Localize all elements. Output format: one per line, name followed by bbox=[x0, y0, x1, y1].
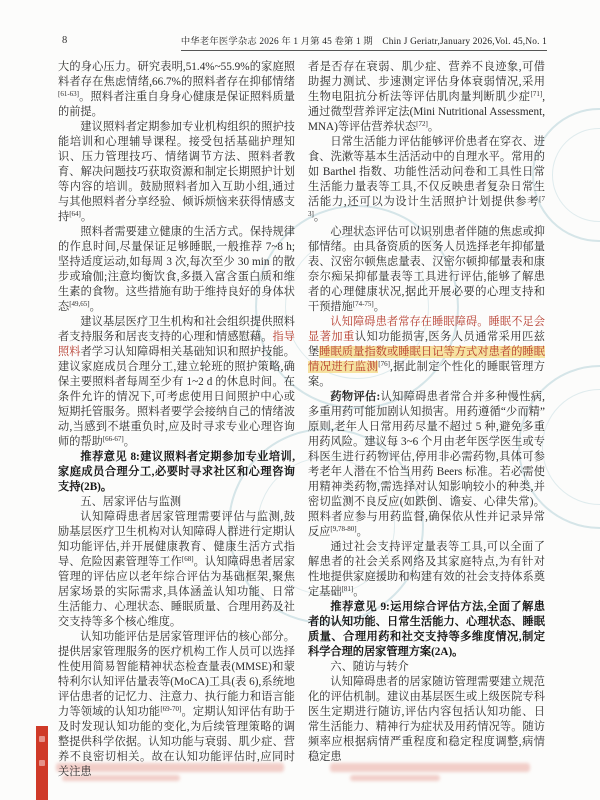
body-paragraph: 大的身心压力。研究表明,51.4%~55.9%的家庭照料者存在焦虑情绪,66.7… bbox=[58, 60, 295, 120]
body-paragraph: 认知障碍患者常存在睡眠障碍。睡眠不足会显著加重认知功能损害,医务人员通常采用匹兹… bbox=[308, 315, 545, 390]
text-segment: 心理状态评估可以识别患者伴随的焦虑或抑郁情绪。由具备资质的医务人员选择老年抑郁量… bbox=[308, 226, 545, 313]
body-paragraph: 者是否存在衰弱、肌少症、营养不良迹象,可借助握力测试、步速测定评估身体衰弱情况,… bbox=[308, 60, 545, 135]
text-segment: 照料者需要建立健康的生活方式。保持规律的作息时间,尽量保证足够睡眠,一般推荐 7… bbox=[58, 226, 295, 313]
text-segment: 药物评估: bbox=[330, 391, 380, 403]
citation-ref: [61-63] bbox=[58, 90, 79, 98]
recommendation-paragraph: 推荐意见 8:建议照料者定期参加专业培训,家庭成员合理分工,必要时寻求社区和心理… bbox=[58, 450, 295, 495]
section-heading: 五、居家评估与监测 bbox=[58, 495, 295, 510]
text-segment: 。 bbox=[428, 121, 439, 133]
body-paragraph: 通过社会支持评定量表等工具,可以全面了解患者的社会关系网络及其家庭特点,为有针对… bbox=[308, 540, 545, 600]
text-segment: 。 bbox=[314, 211, 325, 223]
body-paragraph: 心理状态评估可以识别患者伴随的焦虑或抑郁情绪。由具备资质的医务人员选择老年抑郁量… bbox=[308, 225, 545, 315]
citation-ref: [68] bbox=[182, 555, 194, 563]
text-segment: 。 bbox=[353, 586, 364, 598]
citation-ref: [72] bbox=[416, 120, 428, 128]
citation-ref: [69-70] bbox=[160, 705, 181, 713]
left-column: 大的身心压力。研究表明,51.4%~55.9%的家庭照料者存在焦虑情绪,66.7… bbox=[58, 60, 295, 780]
text-segment: 认知障碍患者常合并多种慢性病,多重用药可能加剧认知损害。用药遵循“少而精”原则,… bbox=[308, 391, 545, 538]
journal-page: 8 中华老年医学杂志 2026 年 1 月第 45 卷第 1 期 Chin J … bbox=[0, 0, 600, 800]
body-paragraph: 认知障碍患者居家管理需要评估与监测,鼓励基层医疗卫生机构对认知障碍人群进行定期认… bbox=[58, 510, 295, 630]
body-paragraph: 建议照料者定期参加专业机构组织的照护技能培训和心理辅导课程。接受包括基础护理知识… bbox=[58, 120, 295, 225]
text-segment: 五、居家评估与监测 bbox=[80, 496, 181, 508]
text-segment: 推荐意见 9:运用综合评估方法,全面了解患者的认知功能、日常生活能力、心理状态、… bbox=[308, 601, 545, 658]
citation-ref: [74-75] bbox=[353, 300, 374, 308]
text-segment: 认知障碍患者的居家随访管理需要建立规范化的评估机制。建议由基层医生或上级医院专科… bbox=[308, 676, 545, 763]
running-head: 8 中华老年医学杂志 2026 年 1 月第 45 卷第 1 期 Chin J … bbox=[58, 33, 547, 49]
citation-ref: [66-67] bbox=[103, 435, 124, 443]
red-bookmark-strip bbox=[36, 726, 48, 800]
text-segment: 。 bbox=[90, 301, 101, 313]
citation-ref: [9,78-80] bbox=[330, 525, 356, 533]
right-column: 者是否存在衰弱、肌少症、营养不良迹象,可借助握力测试、步速测定评估身体衰弱情况,… bbox=[308, 60, 545, 780]
text-segment: 推荐意见 8:建议照料者定期参加专业培训,家庭成员合理分工,必要时寻求社区和心理… bbox=[58, 451, 295, 493]
text-segment: 六、随访与转介 bbox=[330, 661, 408, 673]
body-paragraph: 认知障碍患者的居家随访管理需要建立规范化的评估机制。建议由基层医生或上级医院专科… bbox=[308, 675, 545, 765]
citation-ref: [64] bbox=[69, 210, 81, 218]
recommendation-paragraph: 推荐意见 9:运用综合评估方法,全面了解患者的认知功能、日常生活能力、心理状态、… bbox=[308, 600, 545, 660]
citation-ref: [49,65] bbox=[69, 300, 89, 308]
body-paragraph: 照料者需要建立健康的生活方式。保持规律的作息时间,尽量保证足够睡眠,一般推荐 7… bbox=[58, 225, 295, 315]
text-segment: 。 bbox=[81, 211, 92, 223]
journal-title-line: 中华老年医学杂志 2026 年 1 月第 45 卷第 1 期 Chin J Ge… bbox=[181, 33, 547, 51]
text-segment: 。 bbox=[357, 526, 368, 538]
text-segment: 建议基层医疗卫生机构和社会组织提供照料者支持服务和居丧支持的心理和情感慰藉。 bbox=[58, 316, 295, 343]
citation-ref: [71] bbox=[531, 90, 543, 98]
body-paragraph: 日常生活能力评估能够评价患者在穿衣、进食、洗漱等基本生活活动中的自理水平。常用的… bbox=[308, 135, 545, 225]
section-heading: 六、随访与转介 bbox=[308, 660, 545, 675]
text-segment: 日常生活能力评估能够评价患者在穿衣、进食、洗漱等基本生活活动中的自理水平。常用的… bbox=[308, 136, 545, 208]
article-body: 大的身心压力。研究表明,51.4%~55.9%的家庭照料者存在焦虑情绪,66.7… bbox=[58, 60, 545, 780]
text-segment: 建议照料者定期参加专业机构组织的照护技能培训和心理辅导课程。接受包括基础护理知识… bbox=[58, 121, 295, 223]
body-paragraph: 药物评估:认知障碍患者常合并多种慢性病,多重用药可能加剧认知损害。用药遵循“少而… bbox=[308, 390, 545, 540]
citation-ref: [76] bbox=[378, 360, 390, 368]
text-segment: 大的身心压力。研究表明,51.4%~55.9%的家庭照料者存在焦虑情绪,66.7… bbox=[58, 61, 295, 88]
text-segment: 。 bbox=[374, 301, 385, 313]
citation-ref: [81] bbox=[342, 585, 354, 593]
body-paragraph: 建议基层医疗卫生机构和社会组织提供照料者支持服务和居丧支持的心理和情感慰藉。指导… bbox=[58, 315, 295, 450]
body-paragraph: 认知功能评估是居家管理评估的核心部分。提供居家管理服务的医疗机构工作人员可以选择… bbox=[58, 630, 295, 780]
text-segment: 。 bbox=[124, 436, 135, 448]
text-segment: 。照料者注重自身身心健康是保证照料质量的前提。 bbox=[58, 91, 295, 118]
page-number: 8 bbox=[62, 35, 67, 46]
text-segment: 者是否存在衰弱、肌少症、营养不良迹象,可借助握力测试、步速测定评估身体衰弱情况,… bbox=[308, 61, 545, 103]
text-segment: 者学习认知障碍相关基础知识和照护技能。建议家庭成员合理分工,建立轮班的照护策略,… bbox=[58, 346, 295, 448]
